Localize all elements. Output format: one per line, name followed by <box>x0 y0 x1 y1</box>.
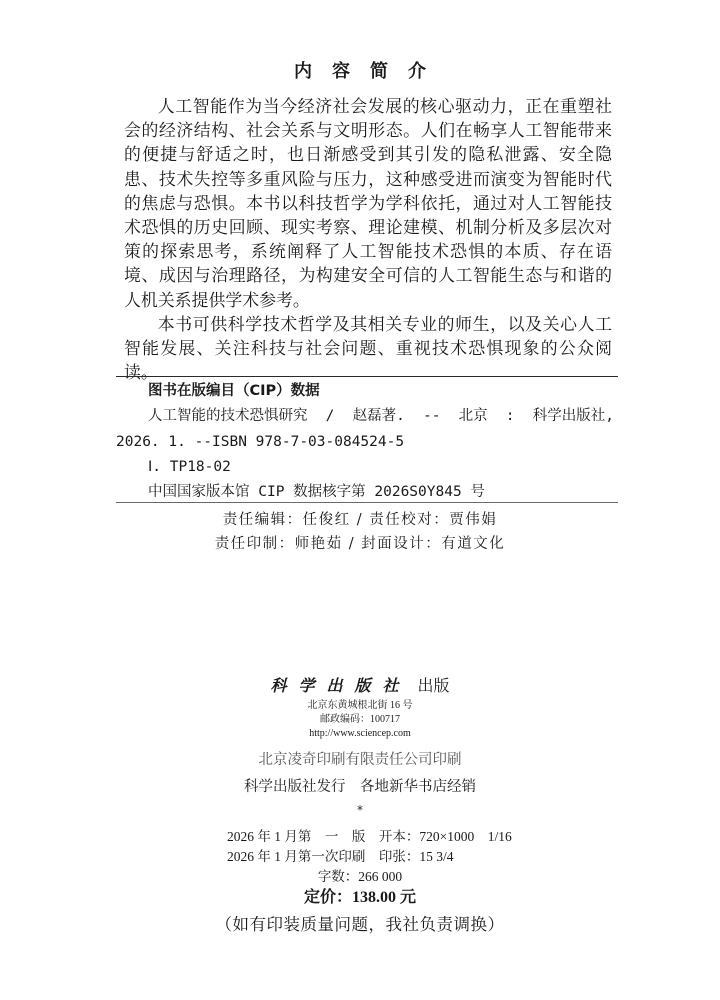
edition-line: 2026 年 1 月第 一 版 开本：720×1000 1/16 <box>227 827 512 847</box>
cip-bottom-rule <box>116 502 618 503</box>
cip-top-rule <box>116 376 618 377</box>
cip-isbn-line: 2026. 1. --ISBN 978-7-03-084524-5 <box>116 430 618 455</box>
cip-title-line: 人工智能的技术恐惧研究 / 赵磊著. -- 北京 : 科学出版社, <box>116 404 618 429</box>
star-separator: * <box>0 803 720 817</box>
editors-line-1: 责任编辑：任俊红 / 责任校对：贾伟娟 <box>0 508 720 532</box>
edition-block: 2026 年 1 月第 一 版 开本：720×1000 1/162026 年 1… <box>227 827 512 867</box>
word-count: 字数：266 000 <box>0 867 720 887</box>
publisher-suffix: 出版 <box>418 678 450 695</box>
publisher-logo-text: 科学出版社 <box>270 676 410 695</box>
publisher-line: 科学出版社 出版 <box>0 675 720 698</box>
cip-classification: Ⅰ. TP18-02 <box>116 455 618 480</box>
cip-publisher: 科学出版社, <box>533 404 614 429</box>
editors-line-2: 责任印制：师艳茹 / 封面设计：有道文化 <box>0 532 720 556</box>
printer-line: 北京凌奇印刷有限责任公司印刷 <box>0 750 720 770</box>
publisher-postcode: 邮政编码：100717 <box>0 713 720 726</box>
quality-note: （如有印装质量问题，我社负责调换） <box>0 913 720 937</box>
price: 定价：138.00 元 <box>0 887 720 909</box>
summary-title: 内容简介 <box>0 60 720 84</box>
cip-heading: 图书在版编目（CIP）数据 <box>116 379 618 404</box>
publisher-website: http://www.sciencep.com <box>0 727 720 740</box>
editors-block: 责任编辑：任俊红 / 责任校对：贾伟娟 责任印制：师艳茹 / 封面设计：有道文化 <box>0 508 720 556</box>
cip-author: 赵磊著. <box>353 404 405 429</box>
summary-paragraph: 人工智能作为当今经济社会发展的核心驱动力，正在重塑社会的经济结构、社会关系与文明… <box>124 94 612 312</box>
cip-separator: : <box>506 404 515 429</box>
cip-block: 图书在版编目（CIP）数据 人工智能的技术恐惧研究 / 赵磊著. -- 北京 :… <box>116 379 618 505</box>
distribution-line: 科学出版社发行 各地新华书店经销 <box>0 777 720 797</box>
summary-paragraph: 本书可供科学技术哲学及其相关专业的师生，以及关心人工智能发展、关注科技与社会问题… <box>124 312 612 385</box>
cip-book-title: 人工智能的技术恐惧研究 <box>148 404 308 429</box>
cip-separator: -- <box>423 404 440 429</box>
printing-line: 2026 年 1 月第一次印刷 印张：15 3/4 <box>227 847 512 867</box>
cip-separator: / <box>326 404 335 429</box>
cip-city: 北京 <box>459 404 488 429</box>
publisher-address: 北京东黄城根北街 16 号 <box>0 699 720 712</box>
summary-body: 人工智能作为当今经济社会发展的核心驱动力，正在重塑社会的经济结构、社会关系与文明… <box>124 94 612 384</box>
